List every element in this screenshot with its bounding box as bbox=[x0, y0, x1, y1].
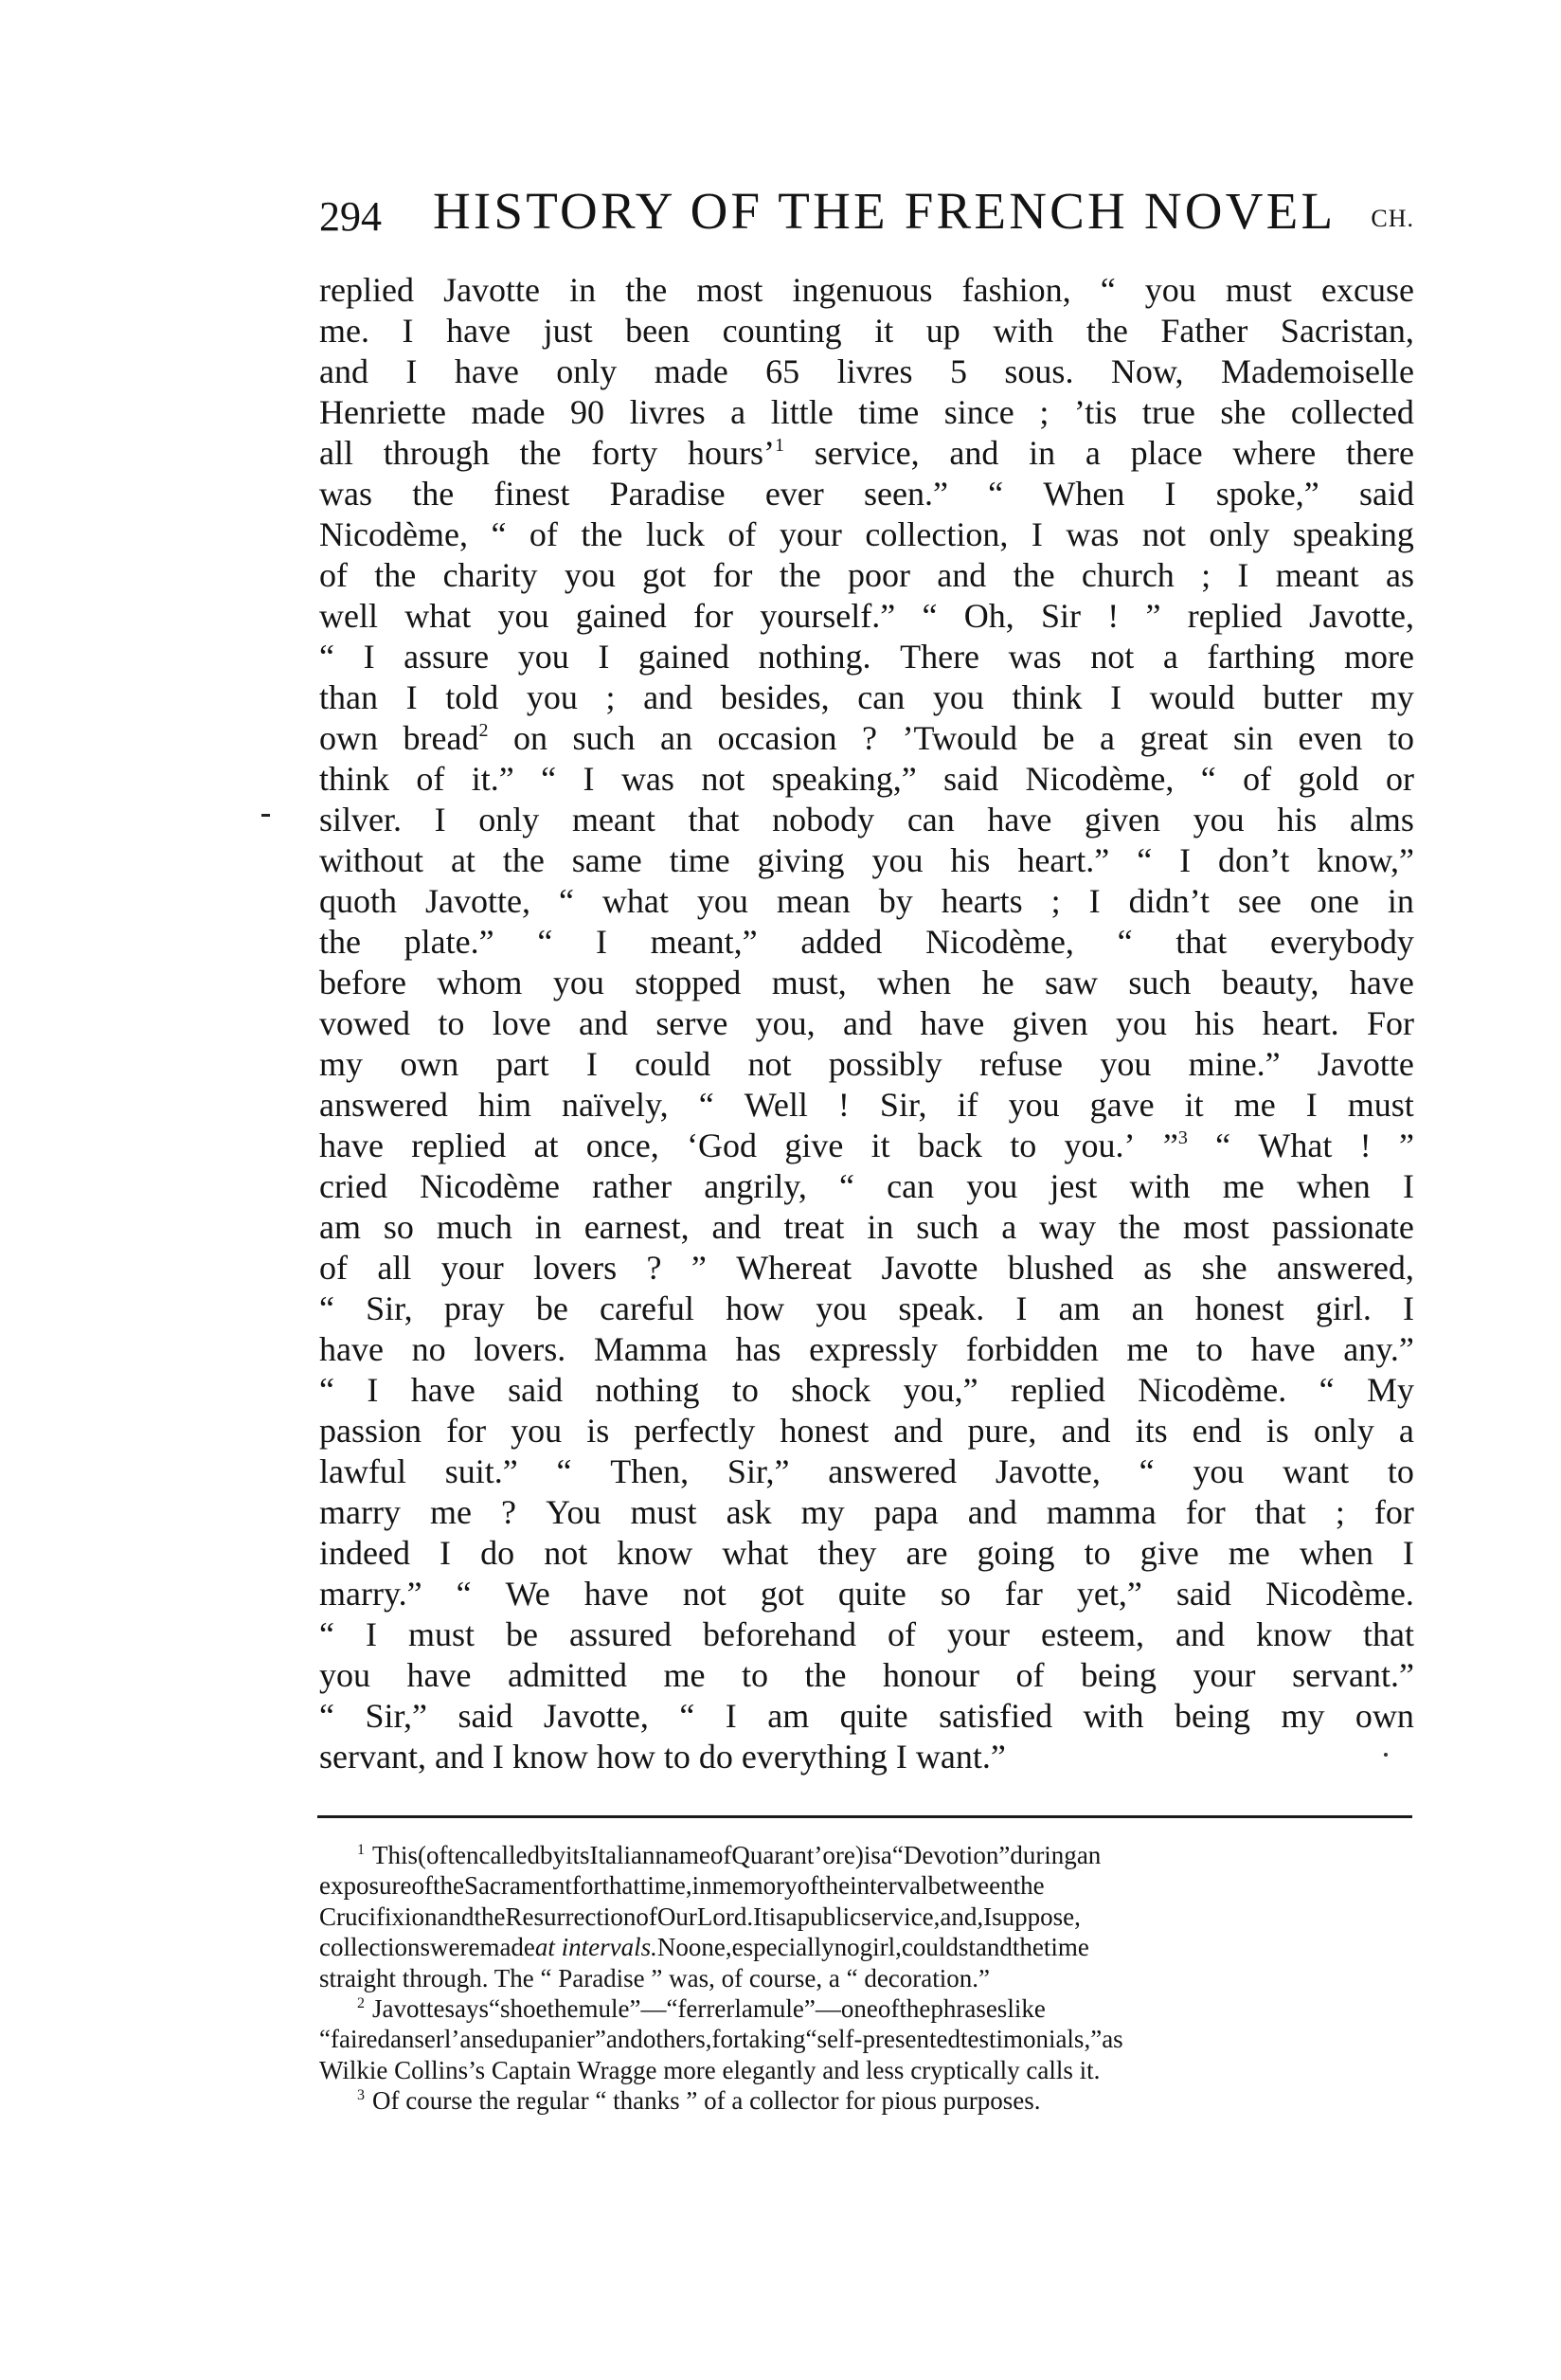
word: I bbox=[1237, 555, 1248, 596]
footnote-reference: 1 bbox=[775, 435, 784, 456]
word: speak. bbox=[898, 1289, 984, 1329]
word: just bbox=[544, 311, 593, 352]
word: pure, bbox=[967, 1411, 1036, 1451]
word: ”3 bbox=[1163, 1126, 1188, 1166]
word: must bbox=[631, 1492, 697, 1533]
word: been bbox=[625, 311, 690, 352]
word: Then, bbox=[610, 1451, 689, 1492]
word: his bbox=[1194, 1003, 1234, 1044]
word: for bbox=[572, 1871, 601, 1900]
text-line: “Sir,”saidJavotte,“Iamquitesatisfiedwith… bbox=[319, 1696, 1414, 1737]
word: in bbox=[1029, 433, 1055, 474]
word: you bbox=[1145, 270, 1196, 311]
word: part bbox=[496, 1044, 549, 1085]
word: the bbox=[780, 555, 821, 596]
word: between bbox=[928, 1871, 1014, 1900]
word: mine.” bbox=[1189, 1044, 1281, 1085]
word: him bbox=[478, 1085, 531, 1126]
word: such bbox=[1128, 963, 1191, 1003]
word: and, bbox=[940, 1902, 983, 1931]
word: I bbox=[405, 352, 417, 392]
footnotes: 1This(oftencalledbyitsItaliannameofQuara… bbox=[319, 1840, 1414, 2117]
word: by bbox=[540, 1841, 565, 1869]
word: when bbox=[877, 963, 951, 1003]
text-line: quothJavotte,“whatyoumeanbyhearts;Ididn’… bbox=[319, 881, 1414, 922]
word: for bbox=[1374, 1492, 1414, 1533]
footnote-marker: 1 bbox=[357, 1842, 365, 1858]
word: his bbox=[950, 840, 990, 881]
footnote-rule bbox=[317, 1815, 1412, 1818]
word: the bbox=[433, 1871, 464, 1900]
word: I bbox=[726, 1696, 737, 1737]
word: “ bbox=[1201, 759, 1216, 800]
footnote-3-first-line: 3Of course the regular “ thanks ” of a c… bbox=[319, 2085, 1414, 2116]
word: Javotte bbox=[1318, 1044, 1414, 1085]
word: sous. bbox=[1004, 352, 1073, 392]
word: to bbox=[1085, 1533, 1111, 1574]
word: you bbox=[1116, 1003, 1167, 1044]
word: lovers bbox=[533, 1248, 617, 1289]
word: you bbox=[565, 555, 616, 596]
word: Now, bbox=[1111, 352, 1184, 392]
word: “ bbox=[892, 1841, 904, 1869]
text-line: me.IhavejustbeencountingitupwiththeFathe… bbox=[319, 311, 1414, 352]
word: must, bbox=[772, 963, 847, 1003]
word: whom bbox=[437, 963, 522, 1003]
footnote-2-first-line: 2Javottesays“shoethemule”—“ferrerlamule”… bbox=[319, 1993, 1414, 2024]
text-line: marry.”“Wehavenotgotquitesofaryet,”saidN… bbox=[319, 1574, 1414, 1614]
word: made bbox=[472, 392, 546, 433]
word: I bbox=[366, 1614, 377, 1655]
word: you.’ bbox=[1065, 1126, 1136, 1166]
word: ferrer bbox=[677, 1994, 734, 2023]
word: ? bbox=[646, 1248, 661, 1289]
word: “ bbox=[1118, 922, 1133, 963]
word: only bbox=[1314, 1411, 1374, 1451]
word: it bbox=[871, 1126, 890, 1166]
word: of bbox=[636, 1902, 657, 1931]
word: testimonials,” bbox=[960, 2025, 1102, 2053]
footnote-reference: 3 bbox=[1178, 1127, 1188, 1148]
word: jest bbox=[1050, 1166, 1097, 1207]
word: little bbox=[771, 392, 834, 433]
footnote-line: “fairedanserl’ansedupanier”andothers,for… bbox=[319, 2024, 1414, 2054]
text-line: amsomuchinearnest,andtreatinsuchawaythem… bbox=[319, 1207, 1414, 1248]
word: marry.” bbox=[319, 1574, 422, 1614]
word: that bbox=[1175, 922, 1227, 963]
word: your bbox=[947, 1614, 1010, 1655]
word: of bbox=[319, 555, 348, 596]
word: one, bbox=[689, 1933, 732, 1961]
word: how bbox=[726, 1289, 784, 1329]
word: what bbox=[404, 596, 471, 637]
word: taking bbox=[742, 2025, 806, 2053]
word: I bbox=[596, 922, 607, 963]
word: for bbox=[1186, 1492, 1226, 1533]
word: “ bbox=[457, 1574, 472, 1614]
word: you bbox=[511, 1411, 562, 1451]
word: farthing bbox=[1207, 637, 1315, 677]
word: have bbox=[920, 1003, 984, 1044]
footnote-1-first-line: 1This(oftencalledbyitsItaliannameofQuara… bbox=[319, 1840, 1414, 1870]
word: before bbox=[319, 963, 406, 1003]
word: the bbox=[625, 270, 667, 311]
word: ever bbox=[765, 474, 824, 514]
word: papa bbox=[874, 1492, 939, 1533]
word: most bbox=[1183, 1207, 1249, 1248]
word: church bbox=[1082, 555, 1175, 596]
word: rather bbox=[592, 1166, 672, 1207]
word: marry bbox=[319, 1492, 401, 1533]
word: Resurrection bbox=[505, 1902, 636, 1931]
word: refuse bbox=[979, 1044, 1063, 1085]
word: the bbox=[474, 1902, 505, 1931]
word: 90 bbox=[570, 392, 604, 433]
word: have bbox=[319, 1126, 384, 1166]
word: much bbox=[437, 1207, 512, 1248]
word: at bbox=[451, 840, 475, 881]
word: is bbox=[1266, 1411, 1289, 1451]
word: ” bbox=[691, 1248, 707, 1289]
word: I bbox=[586, 1044, 598, 1085]
word: the bbox=[412, 474, 454, 514]
word: silver. bbox=[319, 800, 402, 840]
text-line: servant, and I know how to do everything… bbox=[319, 1737, 1414, 1777]
word: ‘God bbox=[687, 1126, 757, 1166]
word: true bbox=[1142, 392, 1195, 433]
word: the bbox=[503, 840, 545, 881]
word: to bbox=[742, 1655, 768, 1696]
word: the bbox=[1014, 1871, 1045, 1900]
word: quite bbox=[840, 1696, 908, 1737]
word: It bbox=[753, 1902, 769, 1931]
word: “ bbox=[1137, 840, 1152, 881]
word: the bbox=[519, 433, 561, 474]
word: replied bbox=[1011, 1370, 1105, 1411]
word: “ bbox=[1139, 1451, 1155, 1492]
word: careful bbox=[600, 1289, 694, 1329]
word: There bbox=[900, 637, 979, 677]
word: expressly bbox=[809, 1329, 938, 1370]
word: counting bbox=[723, 311, 842, 352]
word: ” bbox=[1146, 596, 1161, 637]
word: the bbox=[1119, 1207, 1160, 1248]
word: own bbox=[400, 1044, 458, 1085]
text-line: “IassureyouIgainednothing.Therewasnotafa… bbox=[319, 637, 1414, 677]
text-line: allthroughthefortyhours’1service,andinap… bbox=[319, 433, 1414, 474]
word: Javotte bbox=[881, 1248, 978, 1289]
word: you bbox=[697, 881, 748, 922]
word: said bbox=[1176, 1574, 1231, 1614]
word: up bbox=[926, 311, 960, 352]
word: the bbox=[1013, 1933, 1044, 1961]
word: be bbox=[506, 1614, 538, 1655]
word: nothing bbox=[595, 1370, 699, 1411]
word: blushed bbox=[1008, 1248, 1114, 1289]
word: Sir, bbox=[366, 1289, 413, 1329]
word: most bbox=[696, 270, 763, 311]
word: 1This bbox=[357, 1841, 418, 1869]
word: am bbox=[767, 1696, 809, 1737]
word: I bbox=[367, 1370, 378, 1411]
word: since bbox=[944, 392, 1014, 433]
word: quoth bbox=[319, 881, 397, 922]
text-line: ofallyourlovers?”WhereatJavotteblushedas… bbox=[319, 1248, 1414, 1289]
footnote-line: CrucifixionandtheResurrectionofOurLord.I… bbox=[319, 1902, 1414, 1932]
word: me bbox=[663, 1655, 705, 1696]
word: alms bbox=[1350, 800, 1414, 840]
word: and bbox=[319, 352, 368, 392]
word: only bbox=[556, 352, 617, 392]
word: honest bbox=[1195, 1289, 1284, 1329]
footnote-marker: 3 bbox=[357, 2087, 365, 2103]
word: ! bbox=[838, 1085, 850, 1126]
word: Well bbox=[745, 1085, 808, 1126]
word: “ bbox=[319, 637, 334, 677]
word: of bbox=[710, 1841, 732, 1869]
word: for bbox=[712, 2025, 742, 2053]
word: public bbox=[798, 1902, 862, 1931]
word: love bbox=[493, 1003, 551, 1044]
word: perfectly bbox=[634, 1411, 755, 1451]
word: of bbox=[878, 1994, 900, 2023]
word: what bbox=[602, 881, 669, 922]
word: as bbox=[1102, 2025, 1123, 2053]
word: me bbox=[430, 1492, 472, 1533]
word: is bbox=[769, 1902, 786, 1931]
word: ask bbox=[727, 1492, 772, 1533]
word: not bbox=[1142, 514, 1186, 555]
word: and bbox=[1175, 1614, 1225, 1655]
word: not bbox=[683, 1574, 727, 1614]
word: must bbox=[1226, 270, 1292, 311]
word: as bbox=[1386, 555, 1414, 596]
word: “ bbox=[699, 1085, 714, 1126]
word: at intervals. bbox=[535, 1933, 657, 1961]
word: l’anse bbox=[444, 2025, 505, 2053]
word: given bbox=[1085, 800, 1160, 840]
word: Nicodème, bbox=[925, 922, 1074, 963]
text-line: answeredhimnaïvely,“Well!Sir,ifyougaveit… bbox=[319, 1085, 1414, 1126]
word: said bbox=[508, 1370, 563, 1411]
word: have bbox=[1350, 963, 1414, 1003]
word: livres bbox=[630, 392, 706, 433]
word: made bbox=[655, 352, 728, 392]
word: was bbox=[621, 759, 674, 800]
word: hearts bbox=[942, 881, 1023, 922]
word: a bbox=[1086, 433, 1101, 474]
word: “ bbox=[679, 1696, 694, 1737]
margin-dash-mark bbox=[261, 814, 270, 817]
word: there bbox=[1346, 433, 1414, 474]
word: la bbox=[734, 1994, 753, 2023]
word: want bbox=[1283, 1451, 1349, 1492]
word: to bbox=[1010, 1126, 1036, 1166]
word: of bbox=[411, 1871, 433, 1900]
word: a bbox=[786, 1902, 798, 1931]
word: like bbox=[1007, 1994, 1046, 2023]
word: Lord. bbox=[697, 1902, 753, 1931]
word: Our bbox=[657, 1902, 697, 1931]
word: Quarant’ bbox=[731, 1841, 822, 1869]
word: passion bbox=[319, 1411, 422, 1451]
word: for bbox=[693, 596, 733, 637]
word: Sir,” bbox=[365, 1696, 427, 1737]
word: can bbox=[907, 800, 955, 840]
word: I bbox=[598, 637, 609, 677]
word: of bbox=[319, 1248, 348, 1289]
word: “ bbox=[806, 2025, 817, 2053]
word: ingenuous bbox=[793, 270, 933, 311]
word: added bbox=[800, 922, 882, 963]
footnote-reference: 2 bbox=[478, 720, 488, 741]
word: got bbox=[642, 555, 686, 596]
word: quite bbox=[838, 1574, 906, 1614]
word: replied bbox=[319, 270, 414, 311]
word: ; bbox=[1201, 555, 1211, 596]
word: nothing. bbox=[758, 637, 870, 677]
word: great bbox=[1139, 718, 1208, 759]
word: not bbox=[747, 1044, 791, 1085]
word: must bbox=[1348, 1085, 1414, 1126]
word: with bbox=[1130, 1166, 1191, 1207]
text-line: withoutatthesametimegivingyouhisheart.”“… bbox=[319, 840, 1414, 881]
word: is bbox=[586, 1411, 609, 1451]
word: you bbox=[527, 677, 578, 718]
word: Sir, bbox=[880, 1085, 927, 1126]
word: know,” bbox=[1317, 840, 1414, 881]
word: have bbox=[407, 1655, 472, 1696]
word: of bbox=[529, 514, 558, 555]
word: I bbox=[1110, 677, 1121, 718]
word: you bbox=[319, 1655, 370, 1696]
word: its bbox=[565, 1841, 590, 1869]
word: Javotte, bbox=[425, 881, 530, 922]
word: any.” bbox=[1343, 1329, 1414, 1370]
word: if bbox=[958, 1085, 978, 1126]
word: Paradise bbox=[610, 474, 726, 514]
word: shock bbox=[791, 1370, 870, 1411]
word: time bbox=[1044, 1933, 1089, 1961]
word: all bbox=[319, 433, 353, 474]
word: was bbox=[1066, 514, 1119, 555]
word: lawful bbox=[319, 1451, 406, 1492]
word: is bbox=[864, 1841, 881, 1869]
word: to bbox=[1388, 718, 1414, 759]
word: time, bbox=[640, 1871, 692, 1900]
word: of bbox=[416, 759, 444, 800]
word: you, bbox=[756, 1003, 816, 1044]
word: the bbox=[818, 1871, 850, 1900]
word: service, bbox=[861, 1902, 940, 1931]
word: with bbox=[1084, 1696, 1144, 1737]
word: forbidden bbox=[966, 1329, 1099, 1370]
word: serve bbox=[655, 1003, 727, 1044]
word: in bbox=[692, 1871, 712, 1900]
word: a bbox=[730, 392, 745, 433]
word: phrases bbox=[930, 1994, 1007, 2023]
word: “ bbox=[319, 1289, 334, 1329]
word: when bbox=[1297, 1166, 1371, 1207]
word: you bbox=[816, 1289, 867, 1329]
word: when bbox=[1300, 1533, 1373, 1574]
word: I bbox=[1403, 1166, 1414, 1207]
running-title: HISTORY OF THE FRENCH NOVEL bbox=[433, 182, 1336, 241]
word: he bbox=[982, 963, 1014, 1003]
word: seen.” bbox=[864, 474, 948, 514]
word: vowed bbox=[319, 1003, 410, 1044]
word: Nicodème, bbox=[319, 514, 468, 555]
word: name bbox=[655, 1841, 709, 1869]
word: so bbox=[384, 1207, 414, 1248]
word: stopped bbox=[635, 963, 741, 1003]
word: answered bbox=[828, 1451, 957, 1492]
word: angrily, bbox=[704, 1166, 807, 1207]
word: know bbox=[617, 1533, 692, 1574]
word: for bbox=[712, 555, 752, 596]
word: luck bbox=[646, 514, 705, 555]
word: told bbox=[445, 677, 498, 718]
word: ” bbox=[1399, 1126, 1414, 1166]
word: see bbox=[1238, 881, 1282, 922]
word: have bbox=[319, 1329, 384, 1370]
text-line: beforewhomyoustoppedmust,whenhesawsuchbe… bbox=[319, 963, 1414, 1003]
word: she bbox=[1202, 1248, 1247, 1289]
word: I bbox=[364, 637, 375, 677]
word: were bbox=[430, 1933, 479, 1961]
word: plate.” bbox=[404, 922, 494, 963]
word: Sir,” bbox=[727, 1451, 790, 1492]
text-line: myownpartIcouldnotpossiblyrefuseyoumine.… bbox=[319, 1044, 1414, 1085]
word: and bbox=[606, 2025, 643, 2053]
word: and bbox=[968, 1492, 1017, 1533]
word: answered bbox=[319, 1085, 448, 1126]
word: of bbox=[798, 1871, 819, 1900]
word: You bbox=[546, 1492, 601, 1533]
word: where bbox=[1232, 433, 1316, 474]
word: Sacristan, bbox=[1281, 311, 1414, 352]
word: an bbox=[1077, 1841, 1101, 1869]
word: 2Javotte bbox=[357, 1994, 444, 2023]
word: so bbox=[941, 1574, 971, 1614]
word: possibly bbox=[829, 1044, 942, 1085]
word: at bbox=[534, 1126, 559, 1166]
text-line: Nicodème,“oftheluckofyourcollection,Iwas… bbox=[319, 514, 1414, 555]
word: passionate bbox=[1272, 1207, 1414, 1248]
word: your bbox=[1193, 1655, 1256, 1696]
word: no bbox=[412, 1329, 446, 1370]
word: du bbox=[505, 2025, 530, 2053]
word: speaking bbox=[1293, 514, 1414, 555]
word: me bbox=[1234, 1085, 1276, 1126]
word: your bbox=[441, 1248, 504, 1289]
text-line: andIhaveonlymade65livres5sous.Now,Mademo… bbox=[319, 352, 1414, 392]
word: cried bbox=[319, 1166, 387, 1207]
word: Whereat bbox=[736, 1248, 852, 1289]
word: to bbox=[1196, 1329, 1223, 1370]
word: honest bbox=[780, 1411, 869, 1451]
word: girl. bbox=[1316, 1289, 1372, 1329]
word: even bbox=[1298, 718, 1362, 759]
word: replied bbox=[411, 1126, 506, 1166]
word: far bbox=[1005, 1574, 1043, 1614]
word: once, bbox=[586, 1126, 659, 1166]
word: ’tis bbox=[1074, 392, 1117, 433]
word: my bbox=[801, 1492, 845, 1533]
word: hours’1 bbox=[688, 433, 784, 474]
word: me. bbox=[319, 311, 369, 352]
text-line: vowedtoloveandserveyou,andhavegivenyouhi… bbox=[319, 1003, 1414, 1044]
